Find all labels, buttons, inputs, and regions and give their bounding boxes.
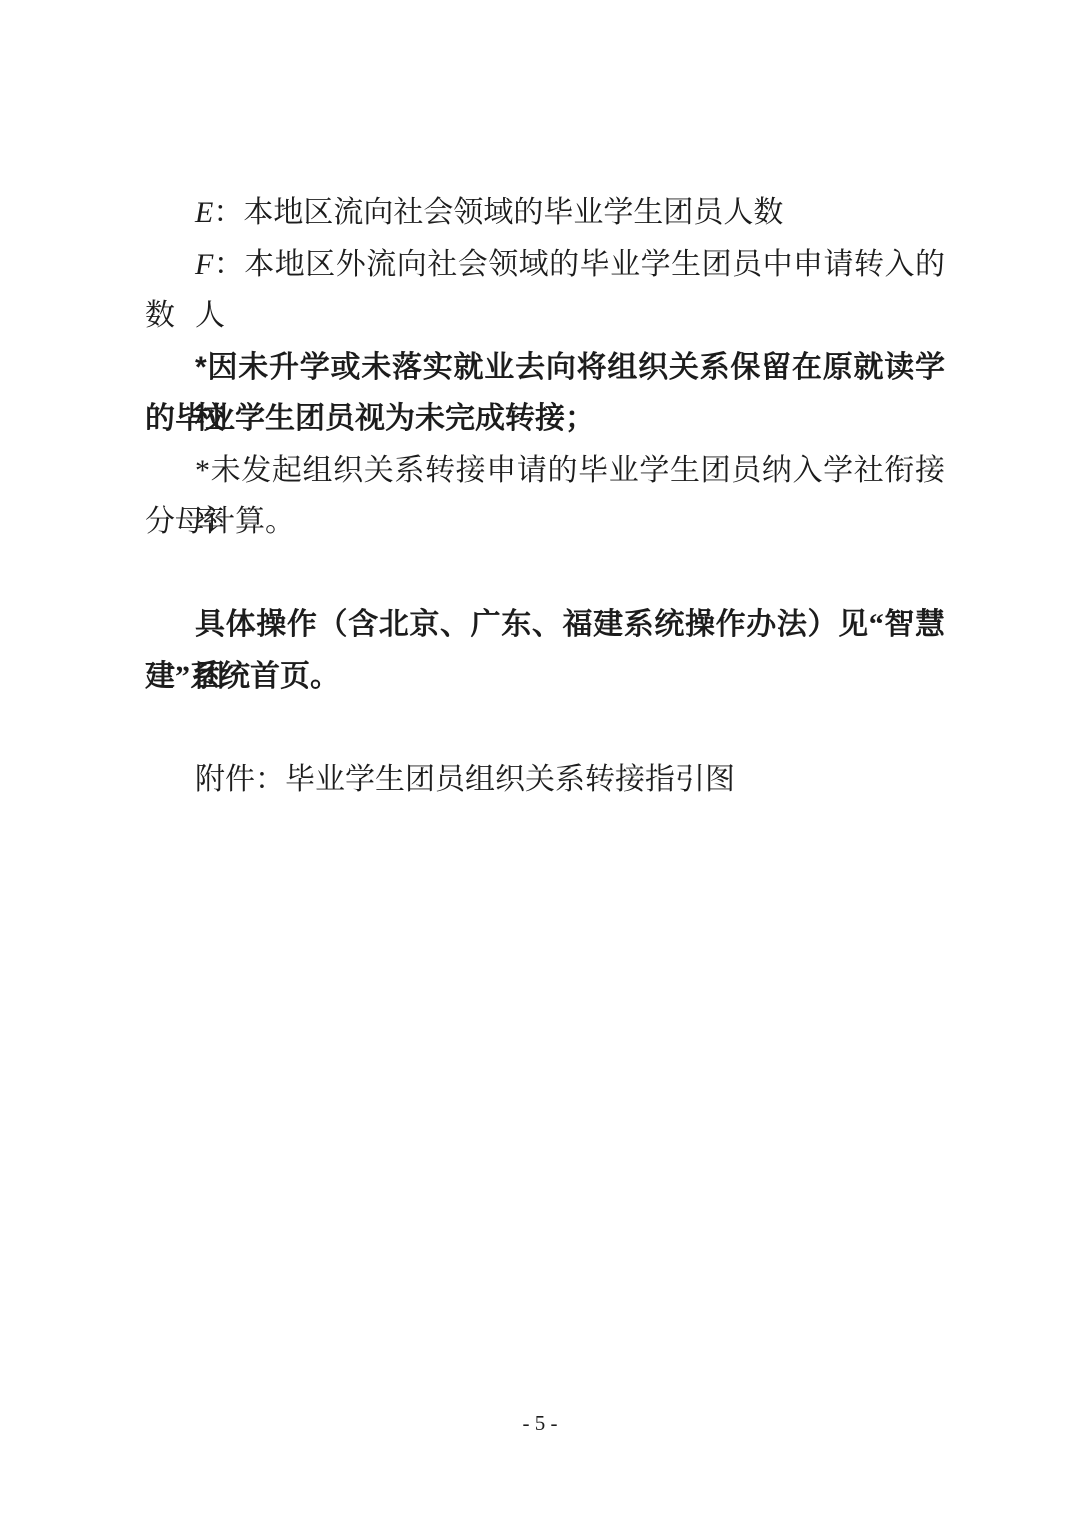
text-run: 附件：毕业学生团员组织关系转接指引图 (195, 763, 735, 796)
text-run: ：本地区流向社会领域的毕业学生团员人数 (213, 196, 783, 229)
document-page: E：本地区流向社会领域的毕业学生团员人数F：本地区外流向社会领域的毕业学生团员中… (0, 0, 1080, 1527)
paragraph: 附件：毕业学生团员组织关系转接指引图 (145, 754, 945, 806)
text-line: E：本地区流向社会领域的毕业学生团员人数 (145, 187, 945, 239)
text-run: 的毕业学生团员视为未完成转接； (145, 402, 595, 435)
text-line: 分母计算。 (145, 496, 945, 548)
text-run: 数 (145, 299, 175, 332)
text-line: 建”系统首页。 (145, 651, 945, 703)
text-line: F：本地区外流向社会领域的毕业学生团员中申请转入的人 (145, 239, 945, 291)
text-line: 附件：毕业学生团员组织关系转接指引图 (145, 754, 945, 806)
text-line: 的毕业学生团员视为未完成转接； (145, 393, 945, 445)
text-line (145, 702, 945, 754)
page-number: - 5 - (0, 1408, 1080, 1438)
blank-line (145, 702, 945, 754)
text-run: 建”系统首页。 (145, 660, 340, 693)
text-run: 分母计算。 (145, 505, 295, 538)
document-body: E：本地区流向社会领域的毕业学生团员人数F：本地区外流向社会领域的毕业学生团员中… (145, 187, 945, 805)
text-line (145, 548, 945, 600)
list-letter: E (195, 196, 213, 229)
paragraph: 具体操作（含北京、广东、福建系统操作办法）见“智慧团建”系统首页。 (145, 599, 945, 702)
text-line: 数 (145, 290, 945, 342)
paragraph: *因未升学或未落实就业去向将组织关系保留在原就读学校的毕业学生团员视为未完成转接… (145, 342, 945, 445)
text-line: *因未升学或未落实就业去向将组织关系保留在原就读学校 (145, 342, 945, 394)
list-letter: F (195, 248, 213, 281)
paragraph: E：本地区流向社会领域的毕业学生团员人数 (145, 187, 945, 239)
paragraph: *未发起组织关系转接申请的毕业学生团员纳入学社衔接率分母计算。 (145, 445, 945, 548)
text-line: 具体操作（含北京、广东、福建系统操作办法）见“智慧团 (145, 599, 945, 651)
text-line: *未发起组织关系转接申请的毕业学生团员纳入学社衔接率 (145, 445, 945, 497)
paragraph: F：本地区外流向社会领域的毕业学生团员中申请转入的人数 (145, 239, 945, 342)
blank-line (145, 548, 945, 600)
